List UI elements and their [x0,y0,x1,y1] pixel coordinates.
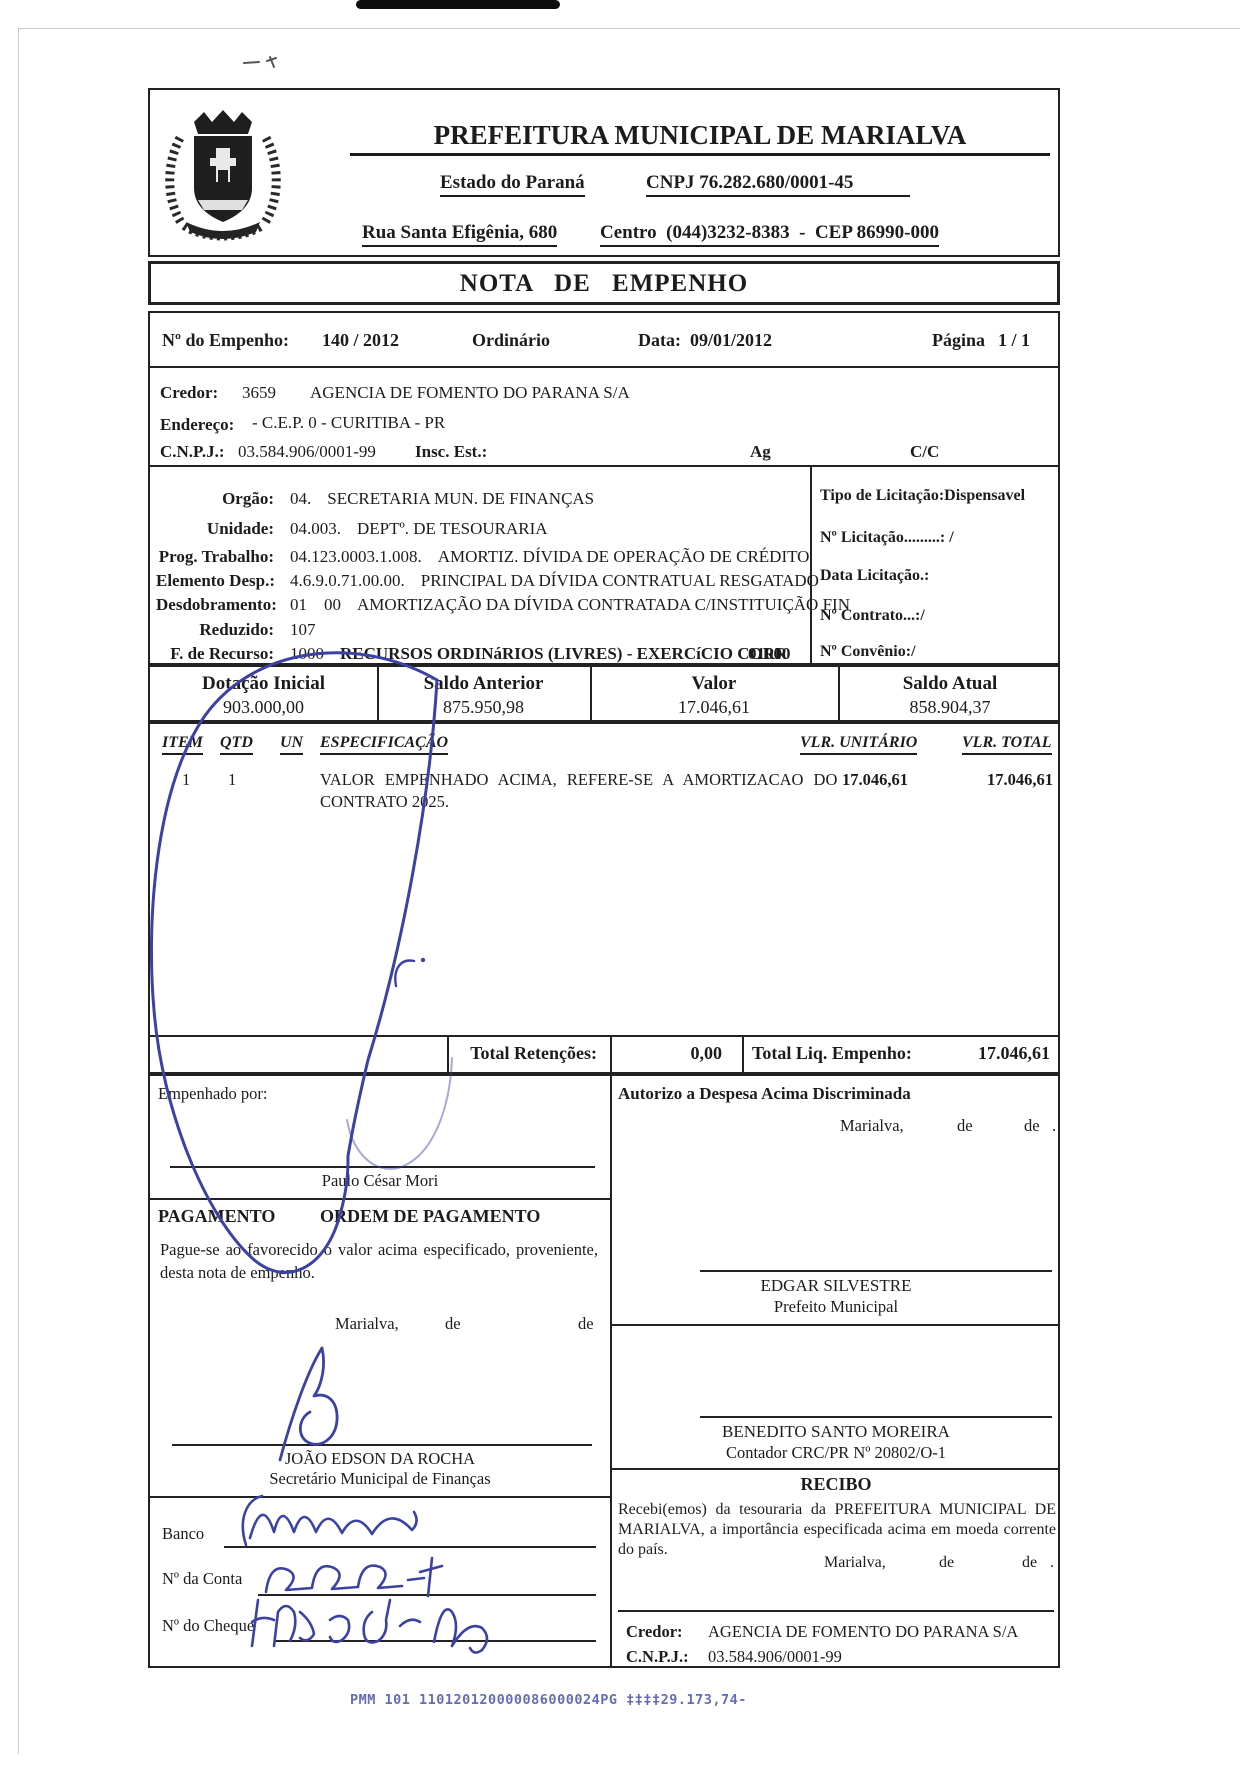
saldo-value: 17.046,61 [590,697,838,718]
de1-autorizacao: de [957,1116,973,1136]
prefeito-cargo: Prefeito Municipal [612,1297,1060,1317]
agencia-label: Ag [750,442,771,462]
saldo-value: 903.000,00 [150,697,377,718]
col-un: UN [280,734,303,755]
pagamento-top-border [150,1198,610,1200]
classificacao-row: Prog. Trabalho: 04.123.0003.1.008. AMORT… [156,547,809,567]
coat-of-arms-icon [160,104,286,251]
header-cnpj: CNPJ 76.282.680/0001-45 [646,172,910,197]
header-address: Rua Santa Efigênia, 680 [362,222,557,247]
row-code: 04.003. [290,519,341,539]
empenhado-por-label: Empenhado por: [158,1084,268,1104]
scan-top-bar [356,0,560,9]
cidade-autorizacao: Marialva, [840,1116,904,1136]
endereco-value: - C.E.P. 0 - CURITIBA - PR [252,413,445,433]
empenho-date: 09/01/2012 [690,330,772,351]
page-label: Página [932,330,985,351]
total-liquido-value: 17.046,61 [940,1043,1050,1064]
secretario-cargo: Secretário Municipal de Finanças [150,1469,610,1489]
credor-label: Credor: [160,383,218,403]
empenhado-nome: Paulo César Mori [150,1171,610,1191]
row-label: Desdobramento: [156,595,274,615]
row-desc: AMORTIZAÇÃO DA DÍVIDA CONTRATADA C/INSTI… [357,595,850,615]
de1-pagamento: de [445,1314,461,1334]
recibo-credor-label: Credor: [626,1622,683,1642]
row-desc: SECRETARIA MUN. DE FINANÇAS [327,489,594,509]
scan-top-line [18,28,1240,29]
empenho-type: Ordinário [472,330,550,351]
cidade-recibo: Marialva, [824,1554,886,1572]
signature-line-secretario [172,1444,592,1446]
prefeito-nome: EDGAR SILVESTRE [612,1276,1060,1296]
page-number: 1 / 1 [998,330,1030,351]
conta-underline [258,1594,596,1596]
de2-pagamento: de [578,1314,594,1334]
total-liquido-label: Total Liq. Empenho: [752,1043,912,1064]
totals-divider [742,1037,744,1072]
signature-line-contador [700,1416,1052,1418]
lower-section: Empenhado por: Paulo César Mori PAGAMENT… [148,1074,1060,1668]
empenho-number: 140 / 2012 [322,330,399,351]
contador-nome: BENEDITO SANTO MOREIRA [612,1422,1060,1442]
recibo-text: Recebi(emos) da tesouraria da PREFEITURA… [618,1500,1056,1560]
licitacao-tipo: Tipo de Licitação:Dispensavel [820,487,1025,505]
row-desc: DEPTº. DE TESOURARIA [357,519,548,539]
header-title: PREFEITURA MUNICIPAL DE MARIALVA [350,120,1050,156]
credor-code: 3659 [242,383,276,403]
row-label: Reduzido: [156,620,274,640]
header-box: PREFEITURA MUNICIPAL DE MARIALVA Estado … [148,88,1060,257]
saldo-atual-cell: Saldo Atual 858.904,37 [838,667,1062,720]
col-vlr-unitario: VLR. UNITÁRIO [800,734,917,755]
pencil-mark [244,62,259,63]
recibo-box-border [610,1468,1060,1470]
totals-row: Total Retenções: 0,00 Total Liq. Empenho… [148,1035,1060,1074]
row-label: Orgão: [156,489,274,509]
item-espec-line1: VALOR EMPENHADO ACIMA, REFERE-SE A AMORT… [320,770,798,790]
row-desc: AMORTIZ. DÍVIDA DE OPERAÇÃO DE CRÉDITO [438,547,810,567]
licitacao-column: Tipo de Licitação:Dispensavel Nº Licitaç… [810,467,1060,663]
items-area: ITEM QTD UN ESPECIFICAÇÃO VLR. UNITÁRIO … [148,722,1060,1037]
empenho-number-label: Nº do Empenho: [162,330,289,351]
licitacao-contrato: Nº Contrato...:/ [820,607,925,625]
pagamento-pane: Empenhado por: Paulo César Mori PAGAMENT… [150,1076,610,1666]
signature-line-prefeito [700,1270,1052,1272]
recibo-cnpj-label: C.N.P.J.: [626,1647,689,1667]
de2-recibo: de [1022,1554,1037,1572]
row-code: 04.123.0003.1.008. [290,547,422,567]
recibo-credor-nome: AGENCIA DE FOMENTO DO PARANA S/A [708,1622,1018,1642]
doc-title: NOTA DE EMPENHO [151,270,1057,298]
empenho-bar: Nº do Empenho: 140 / 2012 Ordinário Data… [148,311,1060,368]
item-vlr-total: 17.046,61 [945,770,1053,790]
pencil-mark [267,57,276,67]
licitacao-data: Data Licitação.: [820,567,929,585]
row-label: Prog. Trabalho: [156,547,274,567]
cheque-label: Nº do Cheque [162,1616,254,1636]
row-code: 04. [290,489,311,509]
scan-left-line [18,28,19,1754]
col-especificacao: ESPECIFICAÇÃO [320,734,448,755]
banco-underline [224,1546,596,1548]
contador-cargo: Contador CRC/PR Nº 20802/O-1 [612,1443,1060,1463]
header-state: Estado do Paraná [440,172,585,197]
item-vlr-unitario: 17.046,61 [800,770,908,790]
autorizacao-pane: Autorizo a Despesa Acima Discriminada Ma… [612,1076,1060,1666]
licitacao-tipo-label: Tipo de Licitação: [820,487,944,504]
contador-box-border [610,1324,1060,1326]
saldo-anterior-cell: Saldo Anterior 875.950,98 [377,667,590,720]
ponto-recibo: . [1050,1554,1054,1572]
banco-box-border [150,1496,610,1498]
cnpj-value: 03.584.906/0001-99 [238,442,376,462]
credor-box: Credor: 3659 AGENCIA DE FOMENTO DO PARAN… [148,366,1060,467]
row-code: 1000 [290,644,324,664]
signature-line-empenhado [170,1166,595,1168]
cnpj-label: C.N.P.J.: [160,442,225,462]
credor-name: AGENCIA DE FOMENTO DO PARANA S/A [310,383,630,403]
item-number: 1 [182,770,190,790]
saldo-header: Dotação Inicial [150,673,377,695]
total-retencoes-value: 0,00 [610,1043,722,1064]
doc-title-bar: NOTA DE EMPENHO [148,261,1060,305]
row-desc: PRINCIPAL DA DÍVIDA CONTRATUAL RESGATADO [421,571,819,591]
licitacao-convenio: Nº Convênio:/ [820,643,916,661]
recibo-title: RECIBO [612,1474,1060,1495]
cidade-pagamento: Marialva, [335,1314,399,1334]
saldo-dotacao-cell: Dotação Inicial 903.000,00 [150,667,377,720]
classificacao-row: Unidade: 04.003. DEPTº. DE TESOURARIA [156,519,548,539]
row-label: Elemento Desp.: [156,571,274,591]
saldo-header: Valor [590,673,838,695]
header-address2: Centro (044)3232-8383 - CEP 86990-000 [600,222,939,247]
fonte-recurso-extra: 01000 [748,644,791,664]
saldo-valor-cell: Valor 17.046,61 [590,667,838,720]
row-code: 01 00 [290,595,341,615]
recibo-cnpj-value: 03.584.906/0001-99 [708,1647,842,1667]
ponto-autorizacao: . [1052,1116,1056,1136]
empenho-date-label: Data: [638,330,681,351]
classificacao-row: Reduzido: 107 [156,620,316,640]
de1-recibo: de [939,1554,954,1572]
row-label: F. de Recurso: [156,644,274,664]
conta-label: Nº da Conta [162,1569,242,1589]
recibo-signature-line [618,1610,1054,1612]
saldo-header: Saldo Atual [838,673,1062,695]
insc-est-label: Insc. Est.: [415,442,487,462]
licitacao-tipo-value: Dispensavel [944,487,1025,504]
saldo-value: 875.950,98 [377,697,590,718]
classificacao-box: Orgão: 04. SECRETARIA MUN. DE FINANÇAS U… [148,465,1060,665]
classificacao-row: Desdobramento: 01 00 AMORTIZAÇÃO DA DÍVI… [156,595,850,615]
row-desc: RECURSOS ORDINáRIOS (LIVRES) - EXERCíCIO… [340,644,787,664]
banco-label: Banco [162,1524,204,1544]
saldo-value: 858.904,37 [838,697,1062,718]
classificacao-row: F. de Recurso: 1000 RECURSOS ORDINáRIOS … [156,644,787,664]
item-qtd: 1 [228,770,236,790]
col-item: ITEM [162,734,203,755]
conta-corrente-label: C/C [910,442,939,462]
saldo-header: Saldo Anterior [377,673,590,695]
col-qtd: QTD [220,734,253,755]
classificacao-row: Orgão: 04. SECRETARIA MUN. DE FINANÇAS [156,489,594,509]
dot-matrix-stamp: PMM 101 110120120000086000024PG ‡‡‡‡29.1… [350,1692,747,1708]
ordem-pagamento-title: ORDEM DE PAGAMENTO [320,1206,540,1227]
pagamento-label: PAGAMENTO [158,1206,275,1227]
item-espec-line2: CONTRATO 2025. [320,792,449,812]
saldos-table: Dotação Inicial 903.000,00 Saldo Anterio… [148,665,1060,722]
de2-autorizacao: de [1024,1116,1040,1136]
row-code: 4.6.9.0.71.00.00. [290,571,405,591]
autorizo-title: Autorizo a Despesa Acima Discriminada [618,1084,911,1104]
pague-se-text: Pague-se ao favorecido o valor acima esp… [160,1238,598,1284]
classificacao-row: Elemento Desp.: 4.6.9.0.71.00.00. PRINCI… [156,571,819,591]
licitacao-numero: Nº Licitação.........: / [820,529,954,547]
secretario-nome: JOÃO EDSON DA ROCHA [150,1449,610,1469]
col-vlr-total: VLR. TOTAL [962,734,1052,755]
row-code: 107 [290,620,316,640]
endereco-label: Endereço: [160,415,234,435]
total-retencoes-label: Total Retenções: [447,1043,597,1064]
cheque-underline [274,1640,596,1642]
row-label: Unidade: [156,519,274,539]
